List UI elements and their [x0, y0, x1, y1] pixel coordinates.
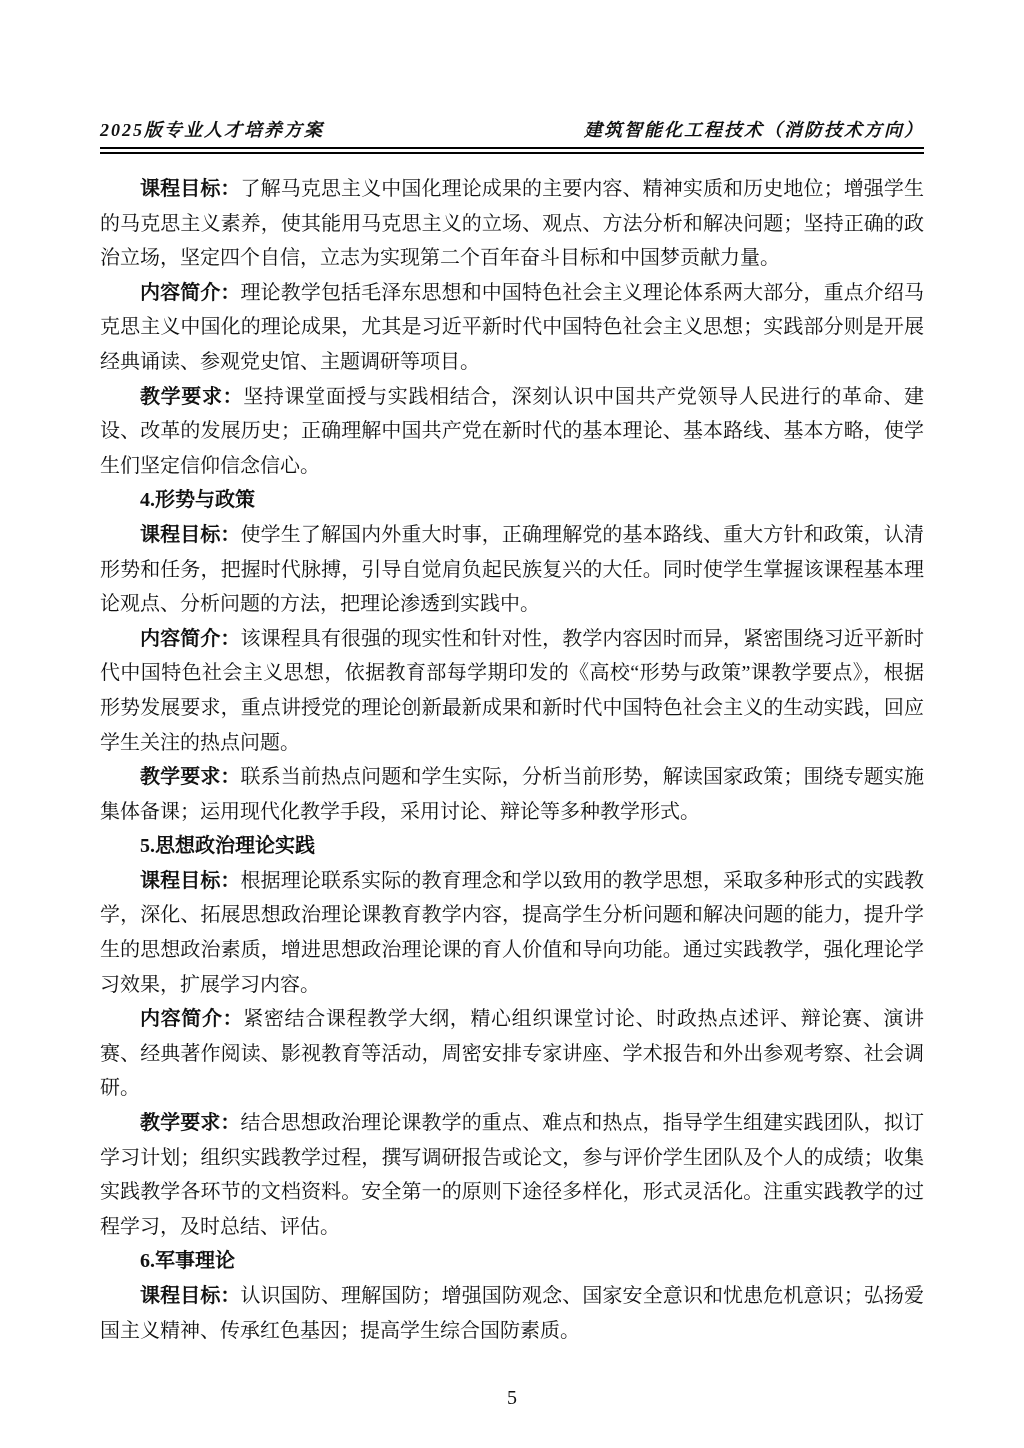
paragraph-label: 教学要求： — [140, 386, 243, 408]
paragraph-teaching-requirements-3: 教学要求：结合思想政治理论课教学的重点、难点和热点，指导学生组建实践团队，拟订学… — [100, 1106, 924, 1244]
header-right-title: 建筑智能化工程技术（消防技术方向） — [584, 116, 924, 142]
paragraph-label: 内容简介： — [140, 282, 241, 304]
page-footer: 5 — [0, 1387, 1024, 1410]
document-body: 课程目标：了解马克思主义中国化理论成果的主要内容、精神实质和历史地位；增强学生的… — [100, 172, 924, 1348]
paragraph-label: 课程目标： — [140, 870, 241, 892]
section-heading-6: 6.军事理论 — [100, 1244, 924, 1279]
paragraph-label: 内容简介： — [140, 628, 241, 650]
header-left-title: 2025版专业人才培养方案 — [100, 116, 324, 142]
paragraph-label: 课程目标： — [140, 178, 241, 200]
paragraph-label: 内容简介： — [140, 1008, 243, 1030]
section-heading-4: 4.形势与政策 — [100, 483, 924, 518]
paragraph-label: 教学要求： — [140, 1112, 241, 1134]
paragraph-course-goal-3: 课程目标：根据理论联系实际的教育理念和学以致用的教学思想，采取多种形式的实践教学… — [100, 864, 924, 1002]
paragraph-course-goal-1: 课程目标：了解马克思主义中国化理论成果的主要内容、精神实质和历史地位；增强学生的… — [100, 172, 924, 276]
page-number: 5 — [507, 1387, 517, 1409]
paragraph-label: 课程目标： — [140, 1285, 241, 1307]
document-page: 2025版专业人才培养方案 建筑智能化工程技术（消防技术方向） 课程目标：了解马… — [0, 0, 1024, 1448]
header-double-rule — [100, 147, 924, 154]
paragraph-label: 教学要求： — [140, 766, 241, 788]
paragraph-content-intro-1: 内容简介：理论教学包括毛泽东思想和中国特色社会主义理论体系两大部分，重点介绍马克… — [100, 276, 924, 380]
paragraph-teaching-requirements-2: 教学要求：联系当前热点问题和学生实际，分析当前形势，解读国家政策；围绕专题实施集… — [100, 760, 924, 829]
section-heading-5: 5.思想政治理论实践 — [100, 829, 924, 864]
paragraph-content-intro-3: 内容简介：紧密结合课程教学大纲，精心组织课堂讨论、时政热点述评、辩论赛、演讲赛、… — [100, 1002, 924, 1106]
paragraph-content-intro-2: 内容简介：该课程具有很强的现实性和针对性，教学内容因时而异，紧密围绕习近平新时代… — [100, 622, 924, 760]
paragraph-course-goal-4: 课程目标：认识国防、理解国防；增强国防观念、国家安全意识和忧患危机意识；弘扬爱国… — [100, 1279, 924, 1348]
paragraph-label: 课程目标： — [140, 524, 241, 546]
page-header-titles: 2025版专业人才培养方案 建筑智能化工程技术（消防技术方向） — [100, 116, 924, 147]
paragraph-course-goal-2: 课程目标：使学生了解国内外重大时事，正确理解党的基本路线、重大方针和政策，认清形… — [100, 518, 924, 622]
paragraph-teaching-requirements-1: 教学要求：坚持课堂面授与实践相结合，深刻认识中国共产党领导人民进行的革命、建设、… — [100, 380, 924, 484]
page-header: 2025版专业人才培养方案 建筑智能化工程技术（消防技术方向） — [100, 116, 924, 154]
